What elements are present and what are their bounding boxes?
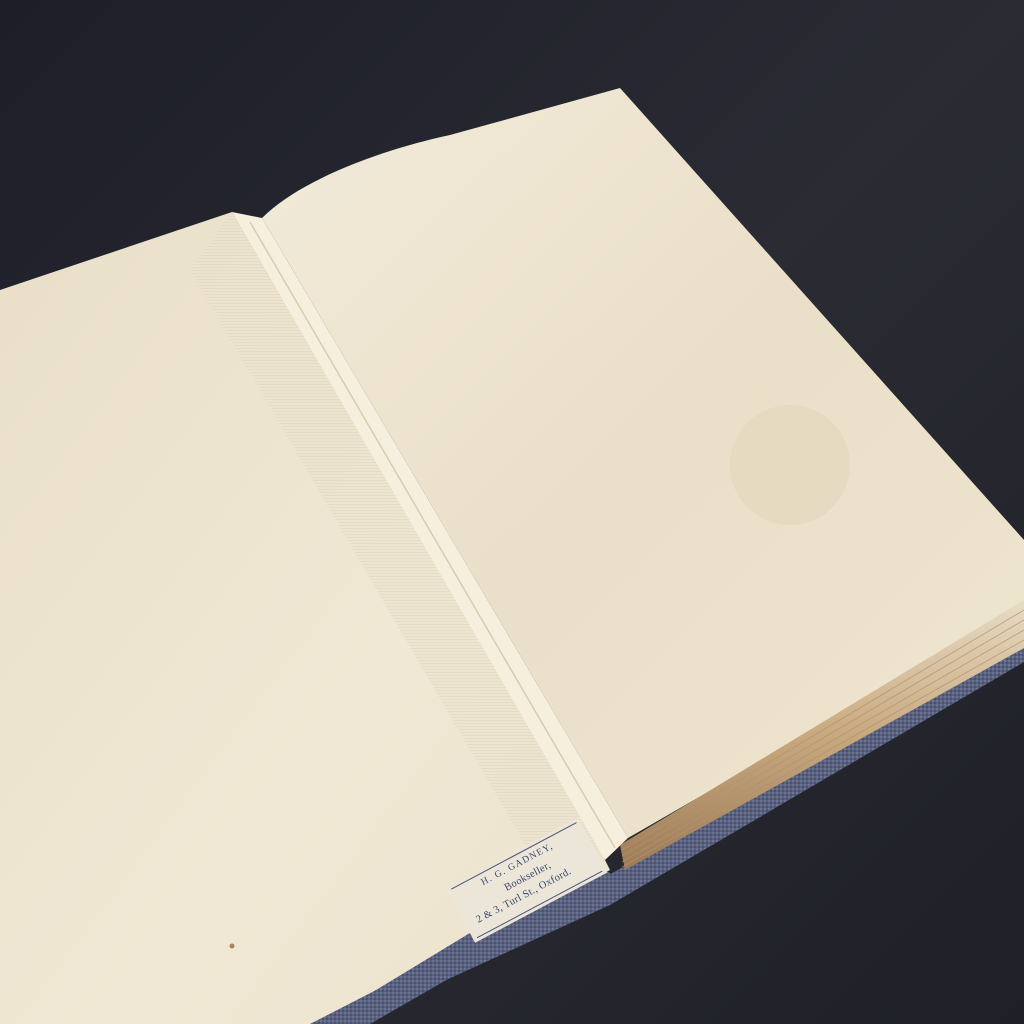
foxing-spot xyxy=(230,944,235,949)
foxing-area xyxy=(730,405,850,525)
